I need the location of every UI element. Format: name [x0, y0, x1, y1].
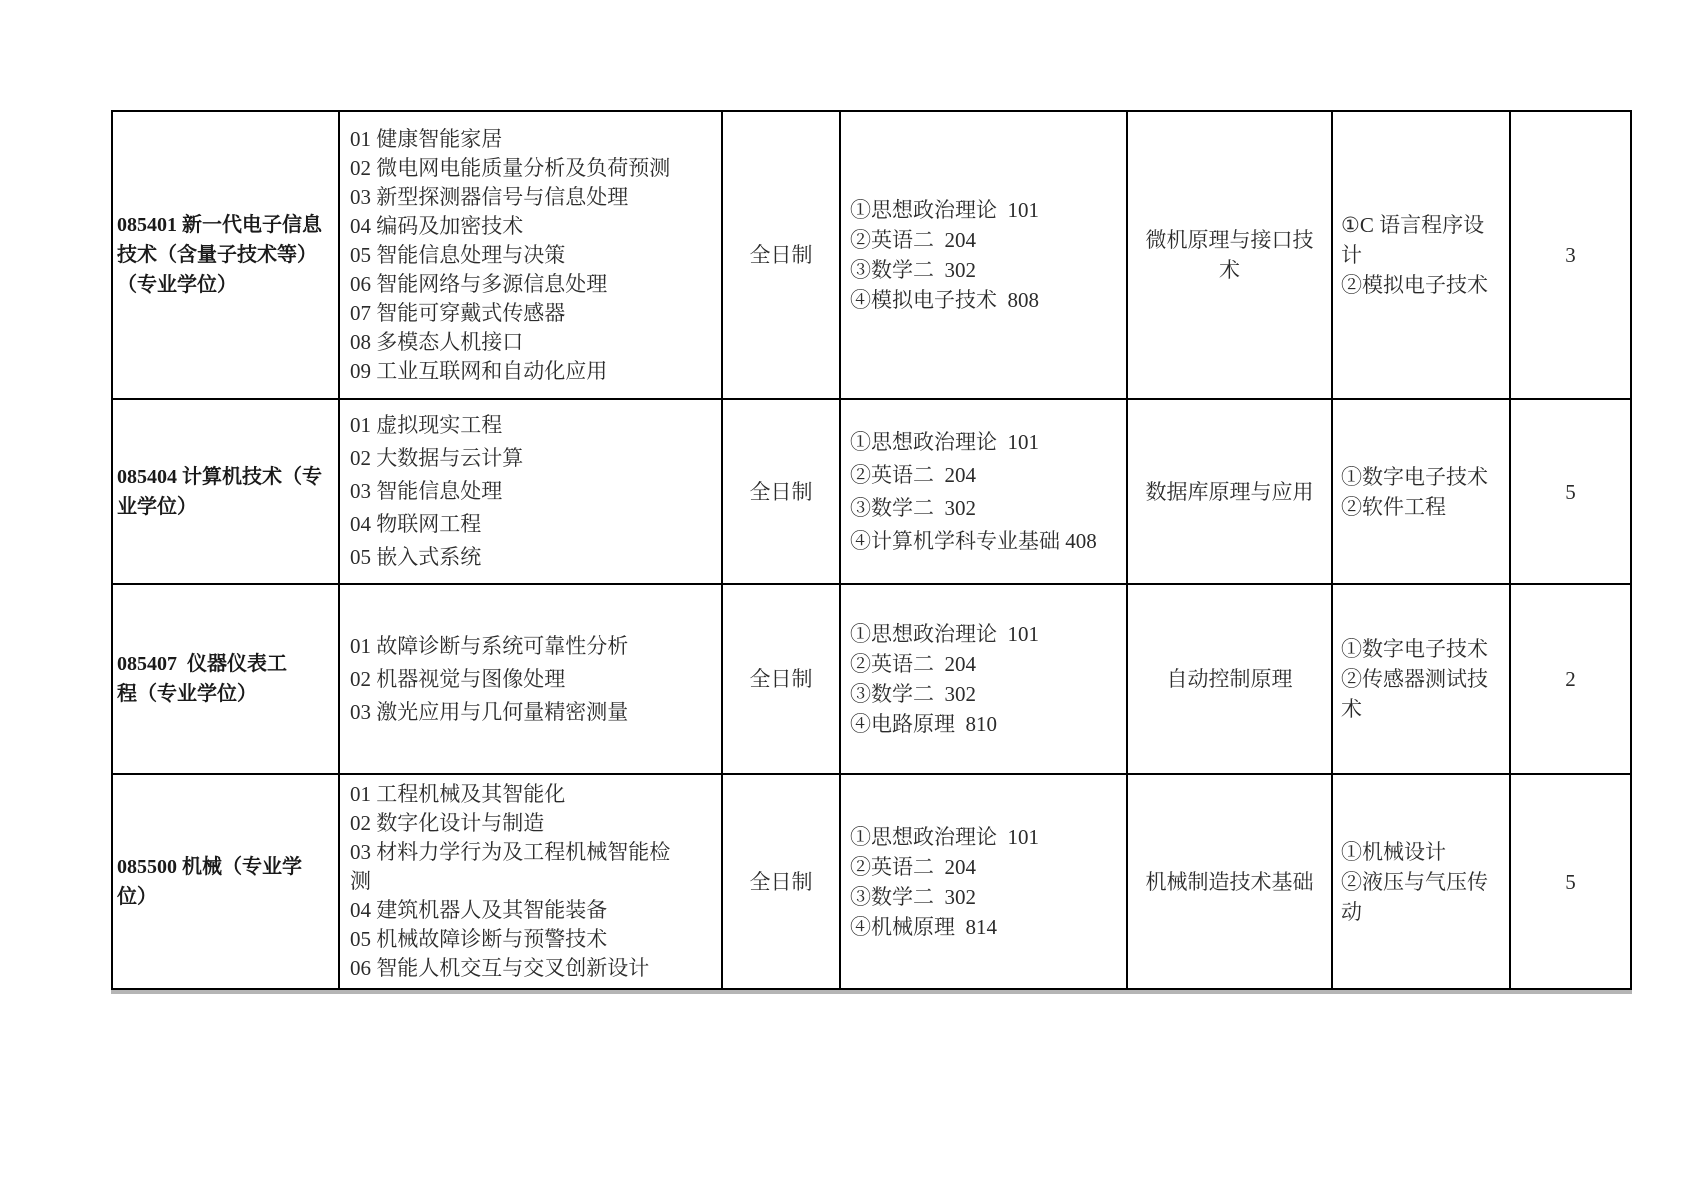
table-row: 085401 新一代电子信息 技术（含量子技术等） （专业学位） 01 健康智能…: [112, 111, 1631, 399]
major-cell: 085404 计算机技术（专 业学位）: [112, 399, 339, 584]
exam-subjects-cell: ①思想政治理论 101 ②英语二 204 ③数学二 302 ④机械原理 814: [840, 774, 1127, 989]
additional-test-subjects-cell: ①机械设计 ②液压与气压传 动: [1332, 774, 1510, 989]
table-row: 085404 计算机技术（专 业学位） 01 虚拟现实工程 02 大数据与云计算…: [112, 399, 1631, 584]
exam-subjects-cell: ①思想政治理论 101 ②英语二 204 ③数学二 302 ④计算机学科专业基础…: [840, 399, 1127, 584]
table-row: 085500 机械（专业学 位） 01 工程机械及其智能化 02 数字化设计与制…: [112, 774, 1631, 989]
retest-subject-cell: 自动控制原理: [1127, 584, 1332, 774]
research-directions-cell: 01 虚拟现实工程 02 大数据与云计算 03 智能信息处理 04 物联网工程 …: [339, 399, 722, 584]
admissions-table: 085401 新一代电子信息 技术（含量子技术等） （专业学位） 01 健康智能…: [111, 110, 1632, 990]
additional-test-subjects-cell: ①C 语言程序设 计 ②模拟电子技术: [1332, 111, 1510, 399]
major-cell: 085401 新一代电子信息 技术（含量子技术等） （专业学位）: [112, 111, 339, 399]
research-directions-cell: 01 健康智能家居 02 微电网电能质量分析及负荷预测 03 新型探测器信号与信…: [339, 111, 722, 399]
additional-test-subjects-cell: ①数字电子技术 ②传感器测试技 术: [1332, 584, 1510, 774]
study-mode-cell: 全日制: [722, 399, 840, 584]
additional-test-subjects-cell: ①数字电子技术 ②软件工程: [1332, 399, 1510, 584]
exam-subjects-cell: ①思想政治理论 101 ②英语二 204 ③数学二 302 ④电路原理 810: [840, 584, 1127, 774]
research-directions-cell: 01 故障诊断与系统可靠性分析 02 机器视觉与图像处理 03 激光应用与几何量…: [339, 584, 722, 774]
enrollment-quota-cell: 5: [1510, 774, 1631, 989]
retest-subject-cell: 数据库原理与应用: [1127, 399, 1332, 584]
major-cell: 085500 机械（专业学 位）: [112, 774, 339, 989]
retest-subject-cell: 微机原理与接口技 术: [1127, 111, 1332, 399]
retest-subject-cell: 机械制造技术基础: [1127, 774, 1332, 989]
enrollment-quota-cell: 5: [1510, 399, 1631, 584]
document-page: 085401 新一代电子信息 技术（含量子技术等） （专业学位） 01 健康智能…: [0, 0, 1683, 1190]
major-cell: 085407 仪器仪表工 程（专业学位）: [112, 584, 339, 774]
exam-subjects-cell: ①思想政治理论 101 ②英语二 204 ③数学二 302 ④模拟电子技术 80…: [840, 111, 1127, 399]
enrollment-quota-cell: 3: [1510, 111, 1631, 399]
study-mode-cell: 全日制: [722, 111, 840, 399]
enrollment-quota-cell: 2: [1510, 584, 1631, 774]
table-row: 085407 仪器仪表工 程（专业学位） 01 故障诊断与系统可靠性分析 02 …: [112, 584, 1631, 774]
study-mode-cell: 全日制: [722, 774, 840, 989]
study-mode-cell: 全日制: [722, 584, 840, 774]
research-directions-cell: 01 工程机械及其智能化 02 数字化设计与制造 03 材料力学行为及工程机械智…: [339, 774, 722, 989]
